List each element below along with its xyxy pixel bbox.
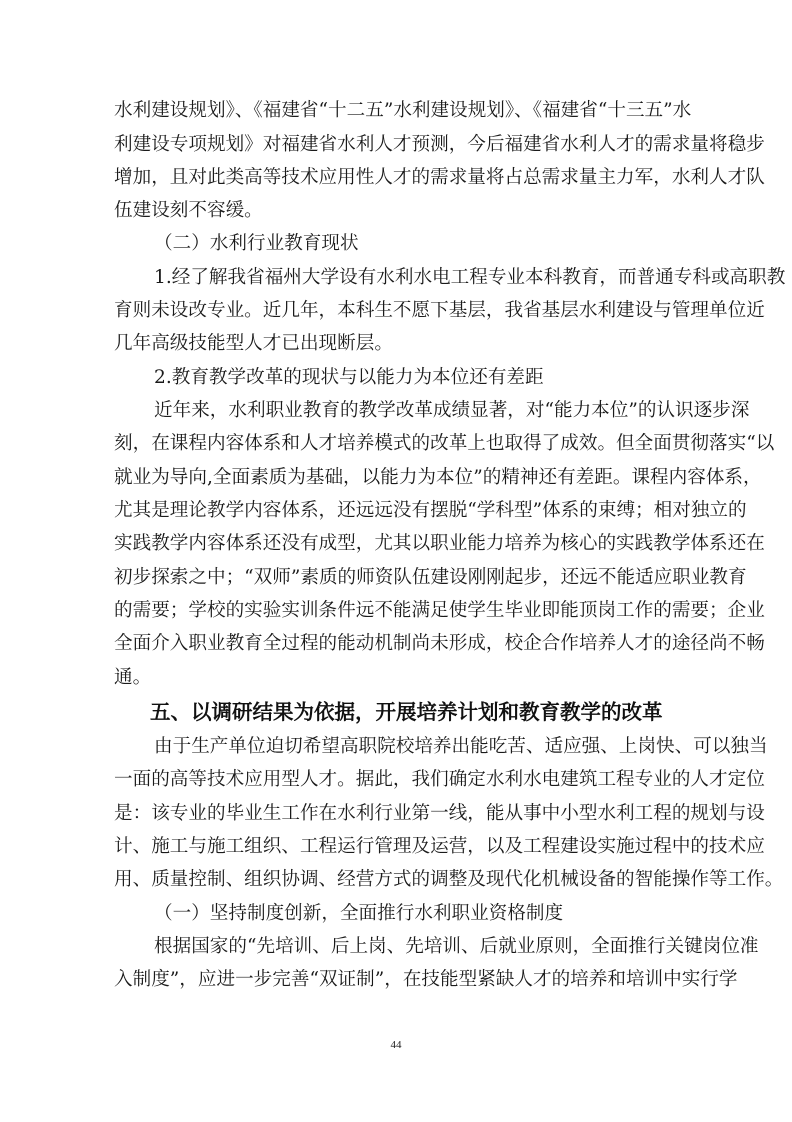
text-line: 育则未设改专业。近几年，本科生不愿下基层，我省基层水利建设与管理单位近 — [114, 299, 680, 323]
text-line: 伍建设刻不容缓。 — [114, 199, 680, 223]
text-line: 一面的高等技术应用型人才。据此，我们确定水利水电建筑工程专业的人才定位 — [114, 768, 680, 792]
text-line: 的需要；学校的实验实训条件远不能满足使学生毕业即能顶岗工作的需要；企业 — [114, 599, 680, 623]
text-line: 刻，在课程内容体系和人才培养模式的改革上也取得了成效。但全面贯彻落实“以 — [114, 432, 680, 456]
text-line: 根据国家的“先培训、后上岗、先培训、后就业原则，全面推行关键岗位准 — [154, 935, 680, 959]
text-line: 1.经了解我省福州大学设有水利水电工程专业本科教育，而普通专科或高职教 — [154, 266, 680, 290]
page-number: 44 — [0, 1038, 792, 1052]
text-line: 入制度”，应进一步完善“双证制”，在技能型紧缺人才的培养和培训中实行学 — [114, 968, 680, 992]
text-line: 初步探索之中；“双师”素质的师资队伍建设刚刚起步，还远不能适应职业教育 — [114, 566, 680, 590]
text-line: 是：该专业的毕业生工作在水利行业第一线，能从事中小型水利工程的规划与设 — [114, 802, 680, 826]
text-line: 实践教学内容体系还没有成型，尤其以职业能力培养为核心的实践教学体系还在 — [114, 532, 680, 556]
text-line: 水利建设规划》、《福建省“十二五”水利建设规划》、《福建省“十三五”水 — [114, 99, 680, 123]
text-line: 几年高级技能型人才已出现断层。 — [114, 332, 680, 356]
text-line: （一）坚持制度创新，全面推行水利职业资格制度 — [154, 902, 680, 926]
text-line: （二）水利行业教育现状 — [154, 232, 680, 256]
text-line: 全面介入职业教育全过程的能动机制尚未形成，校企合作培养人才的途径尚不畅 — [114, 632, 680, 656]
text-line: 就业为导向,全面素质为基础，以能力为本位”的精神还有差距。课程内容体系， — [114, 466, 680, 490]
text-line: 由于生产单位迫切希望高职院校培养出能吃苦、适应强、上岗快、可以独当 — [154, 735, 680, 759]
text-line: 增加，且对此类高等技术应用性人才的需求量将占总需求量主力军，水利人才队 — [114, 166, 680, 190]
section-heading: 五、以调研结果为依据，开展培养计划和教育教学的改革 — [150, 697, 640, 727]
document-page: 水利建设规划》、《福建省“十二五”水利建设规划》、《福建省“十三五”水利建设专项… — [0, 0, 792, 1122]
text-line: 计、施工与施工组织、工程运行管理及运营，以及工程建设实施过程中的技术应 — [114, 835, 680, 859]
text-line: 通。 — [114, 666, 680, 690]
text-line: 利建设专项规划》对福建省水利人才预测，今后福建省水利人才的需求量将稳步 — [114, 133, 680, 157]
text-line: 用、质量控制、组织协调、经营方式的调整及现代化机械设备的智能操作等工作。 — [114, 868, 680, 892]
text-line: 2.教育教学改革的现状与以能力为本位还有差距 — [154, 366, 680, 390]
text-line: 近年来，水利职业教育的教学改革成绩显著，对“能力本位”的认识逐步深 — [154, 399, 680, 423]
text-line: 尤其是理论教学内容体系，还远远没有摆脱“学科型”体系的束缚；相对独立的 — [114, 499, 680, 523]
